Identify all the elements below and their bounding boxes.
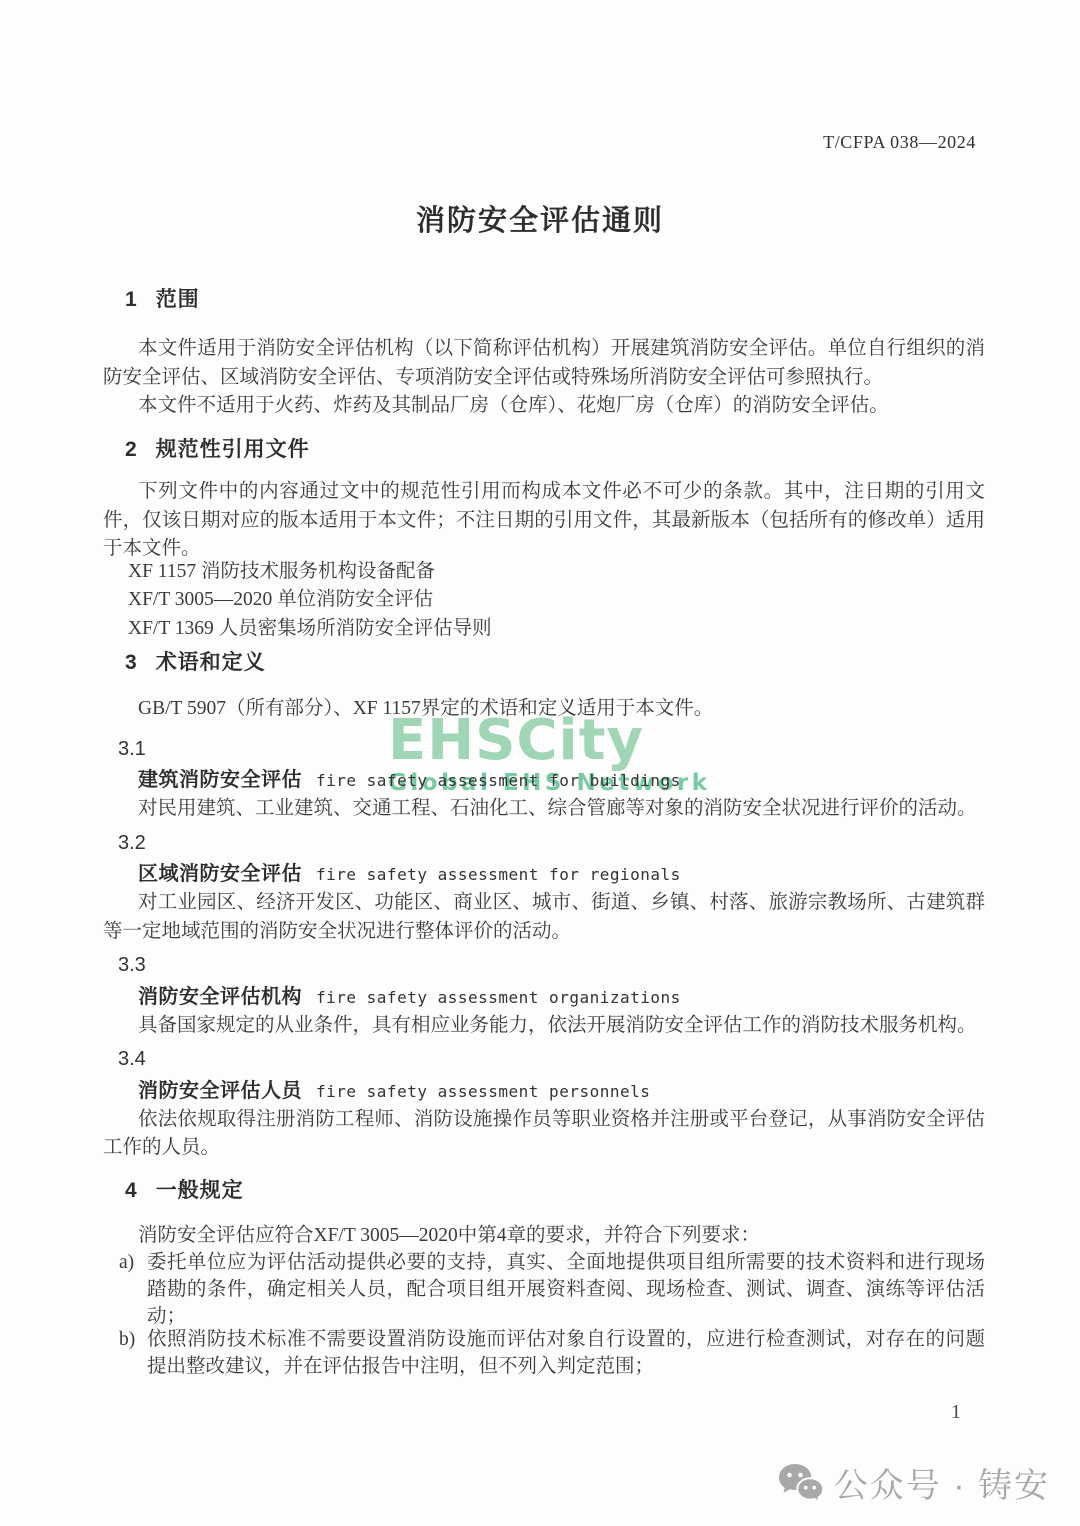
list-item-a: a) 委托单位应为评估活动提供必要的支持，真实、全面地提供项目组所需要的技术资料… xyxy=(103,1249,985,1330)
term-number: 3.3 xyxy=(118,951,985,980)
paragraph: 消防安全评估应符合XF/T 3005—2020中第4章的要求，并符合下列要求： xyxy=(103,1222,985,1251)
ordered-list: a) 委托单位应为评估活动提供必要的支持，真实、全面地提供项目组所需要的技术资料… xyxy=(103,1249,985,1380)
term-definition: 依法依规取得注册消防工程师、消防设施操作员等职业资格并注册或平台登记，从事消防安… xyxy=(103,1106,985,1163)
clause-title: 范围 xyxy=(156,288,200,311)
term-entry-3-1: 3.1 建筑消防安全评估fire safety assessment for b… xyxy=(103,735,985,824)
term-zh: 区域消防安全评估 xyxy=(138,863,302,885)
term-title: 区域消防安全评估fire safety assessment for regio… xyxy=(138,860,985,889)
clause-number: 3 xyxy=(125,650,138,676)
term-number: 3.2 xyxy=(118,829,985,858)
paragraph: GB/T 5907（所有部分）、XF 1157界定的术语和定义适用于本文件。 xyxy=(103,695,985,724)
term-title: 消防安全评估人员fire safety assessment personnel… xyxy=(138,1077,985,1106)
clause-title: 规范性引用文件 xyxy=(156,438,310,461)
clause-title: 术语和定义 xyxy=(156,651,266,674)
list-text: 依照消防技术标准不需要设置消防设施而评估对象自行设置的，应进行检查测试，对存在的… xyxy=(147,1326,985,1380)
term-zh: 建筑消防安全评估 xyxy=(138,769,302,791)
document-body: 1范围 本文件适用于消防安全评估机构（以下简称评估机构）开展建筑消防安全评估。单… xyxy=(103,0,985,1526)
reference-item: XF/T 1369 人员密集场所消防安全评估导则 xyxy=(128,615,985,644)
term-number: 3.1 xyxy=(118,735,985,764)
wechat-footer: 公众号 · 铸安 xyxy=(778,1458,1050,1507)
term-title: 消防安全评估机构fire safety assessment organizat… xyxy=(138,983,985,1012)
term-zh: 消防安全评估人员 xyxy=(138,1080,302,1102)
list-item-b: b) 依照消防技术标准不需要设置消防设施而评估对象自行设置的，应进行检查测试，对… xyxy=(103,1326,985,1380)
paragraph: 下列文件中的内容通过文中的规范性引用而构成本文件必不可少的条款。其中，注日期的引… xyxy=(103,478,985,564)
reference-item: XF/T 3005—2020 单位消防安全评估 xyxy=(128,586,985,615)
clause-heading-1: 1范围 xyxy=(125,287,985,313)
page-number: 1 xyxy=(951,1401,961,1424)
document-page: T/CFPA 038—2024 消防安全评估通则 EHSCity Global … xyxy=(0,0,1080,1526)
term-en: fire safety assessment for regionals xyxy=(316,865,681,884)
section-normative-references: 2规范性引用文件 下列文件中的内容通过文中的规范性引用而构成本文件必不可少的条款… xyxy=(103,437,985,643)
term-en: fire safety assessment for buildings xyxy=(316,771,681,790)
list-text: 委托单位应为评估活动提供必要的支持，真实、全面地提供项目组所需要的技术资料和进行… xyxy=(147,1249,985,1330)
term-entry-3-3: 3.3 消防安全评估机构fire safety assessment organ… xyxy=(103,951,985,1040)
section-scope: 1范围 本文件适用于消防安全评估机构（以下简称评估机构）开展建筑消防安全评估。单… xyxy=(103,287,985,421)
clause-heading-4: 4一般规定 xyxy=(125,1178,985,1204)
term-zh: 消防安全评估机构 xyxy=(138,986,302,1008)
clause-heading-3: 3术语和定义 xyxy=(125,650,985,676)
list-marker: b) xyxy=(103,1326,147,1380)
term-en: fire safety assessment personnels xyxy=(316,1082,650,1101)
section-general-provisions: 4一般规定 消防安全评估应符合XF/T 3005—2020中第4章的要求，并符合… xyxy=(103,1178,985,1380)
clause-number: 1 xyxy=(125,287,138,313)
term-title: 建筑消防安全评估fire safety assessment for build… xyxy=(138,766,985,795)
term-definition: 具备国家规定的从业条件，具有相应业务能力，依法开展消防安全评估工作的消防技术服务… xyxy=(103,1012,985,1041)
term-definition: 对民用建筑、工业建筑、交通工程、石油化工、综合管廊等对象的消防安全状况进行评价的… xyxy=(103,795,985,824)
clause-title: 一般规定 xyxy=(156,1179,244,1202)
term-number: 3.4 xyxy=(118,1045,985,1074)
clause-number: 4 xyxy=(125,1178,138,1204)
reference-list: XF 1157 消防技术服务机构设备配备 XF/T 3005—2020 单位消防… xyxy=(103,558,985,644)
wechat-account-label: 公众号 · 铸安 xyxy=(834,1458,1050,1507)
clause-number: 2 xyxy=(125,437,138,463)
paragraph: 本文件不适用于火药、炸药及其制品厂房（仓库）、花炮厂房（仓库）的消防安全评估。 xyxy=(103,392,985,421)
term-en: fire safety assessment organizations xyxy=(316,988,681,1007)
paragraph: 本文件适用于消防安全评估机构（以下简称评估机构）开展建筑消防安全评估。单位自行组… xyxy=(103,335,985,392)
wechat-icon xyxy=(778,1463,824,1503)
section-terms-definitions: 3术语和定义 GB/T 5907（所有部分）、XF 1157界定的术语和定义适用… xyxy=(103,650,985,1163)
term-definition: 对工业园区、经济开发区、功能区、商业区、城市、街道、乡镇、村落、旅游宗教场所、古… xyxy=(103,889,985,946)
clause-heading-2: 2规范性引用文件 xyxy=(125,437,985,463)
term-entry-3-4: 3.4 消防安全评估人员fire safety assessment perso… xyxy=(103,1045,985,1163)
list-marker: a) xyxy=(103,1249,147,1330)
reference-item: XF 1157 消防技术服务机构设备配备 xyxy=(128,558,985,587)
term-entry-3-2: 3.2 区域消防安全评估fire safety assessment for r… xyxy=(103,829,985,947)
